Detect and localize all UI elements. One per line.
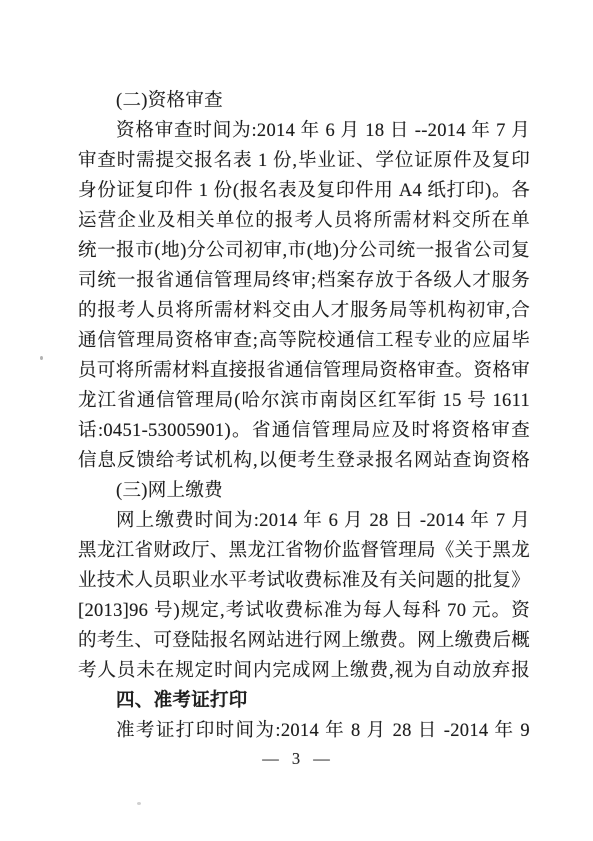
- qualification-review-line: 话:0451-53005901)。省通信管理局应及时将资格审查通过的考生: [78, 416, 530, 446]
- scan-speckle: [40, 356, 43, 360]
- qualification-review-line: 身份证复印件 1 份(报名表及复印件用 A4 纸打印)。各市(地)电信: [78, 176, 530, 206]
- qualification-review-line: 司统一报省通信管理局终审;档案存放于各级人才服务局等机构: [78, 266, 530, 296]
- section-heading-admission-ticket-printing: 四、准考证打印: [78, 686, 530, 716]
- qualification-review-line: 运营企业及相关单位的报考人员将所需材料交所在单位,由单位: [78, 206, 530, 236]
- qualification-review-line: 统一报市(地)分公司初审,市(地)分公司统一报省公司复审,省公: [78, 236, 530, 266]
- admission-ticket-line: 准考证打印时间为:2014 年 8 月 28 日 -2014 年 9 月 4 日…: [78, 716, 530, 746]
- qualification-review-line: 通信管理局资格审查;高等院校通信工程专业的应届毕业报考人: [78, 326, 530, 356]
- online-payment-line: [2013]96 号)规定,考试收费标准为每人每科 70 元。资格审查通过: [78, 596, 530, 626]
- qualification-review-line: 审查时需提交报名表 1 份,毕业证、学位证原件及复印件 1 份,二代: [78, 146, 530, 176]
- online-payment-line: 业技术人员职业水平考试收费标准及有关问题的批复》(黑财综: [78, 566, 530, 596]
- online-payment-line: 黑龙江省财政厅、黑龙江省物价监督管理局《关于黑龙江省通信专: [78, 536, 530, 566]
- qualification-review-line: 信息反馈给考试机构,以便考生登录报名网站查询资格审查结果。: [78, 446, 530, 476]
- section-heading-online-payment: (三)网上缴费: [78, 476, 530, 506]
- online-payment-line: 考人员未在规定时间内完成网上缴费,视为自动放弃报名。: [78, 656, 530, 686]
- qualification-review-line: 员可将所需材料直接报省通信管理局资格审查。资格审查地点:黑: [78, 356, 530, 386]
- scanned-document-page: (二)资格审查 资格审查时间为:2014 年 6 月 18 日 --2014 年…: [0, 0, 593, 841]
- online-payment-line: 的考生、可登陆报名网站进行网上缴费。网上缴费后概不退费。报: [78, 626, 530, 656]
- page-number: — 3 —: [0, 748, 593, 770]
- scan-speckle: [137, 802, 141, 805]
- qualification-review-line: 资格审查时间为:2014 年 6 月 18 日 --2014 年 7 月 6 日…: [78, 116, 530, 146]
- document-text-block: (二)资格审查 资格审查时间为:2014 年 6 月 18 日 --2014 年…: [78, 86, 530, 746]
- section-heading-qualification-review: (二)资格审查: [78, 86, 530, 116]
- online-payment-line: 网上缴费时间为:2014 年 6 月 28 日 -2014 年 7 月 18 日…: [78, 506, 530, 536]
- qualification-review-line: 的报考人员将所需材料交由人才服务局等机构初审,合格后报省: [78, 296, 530, 326]
- qualification-review-line: 龙江省通信管理局(哈尔滨市南岗区红军街 15 号 1611 室、咨询电: [78, 386, 530, 416]
